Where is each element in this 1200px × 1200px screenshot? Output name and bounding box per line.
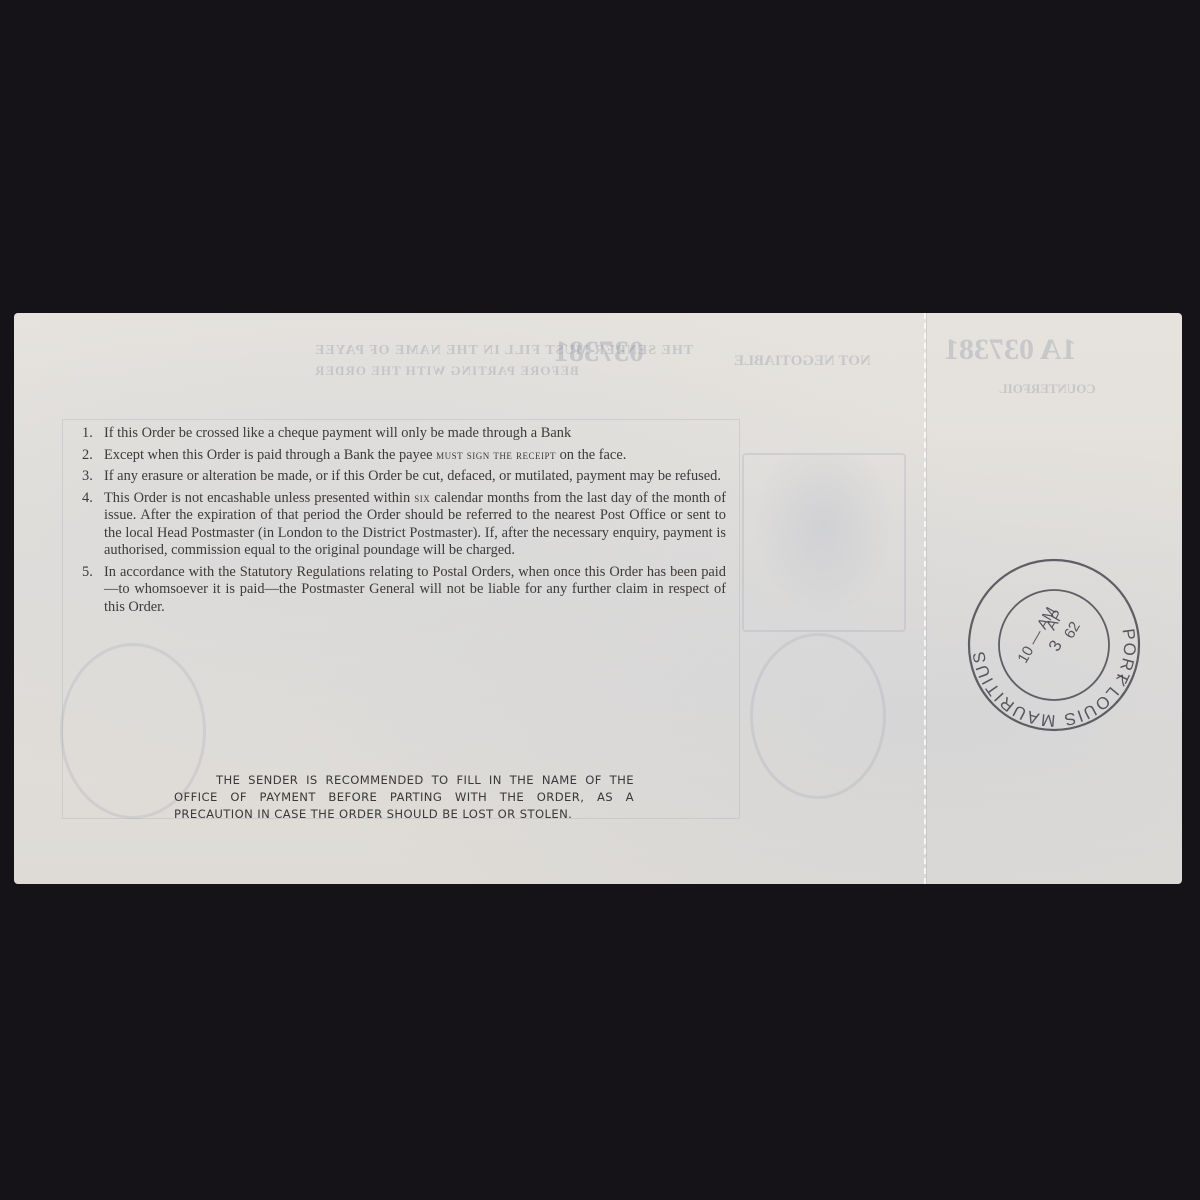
- condition-number: 2.: [82, 447, 104, 465]
- condition-text: If any erasure or alteration be made, or…: [104, 468, 726, 486]
- condition-item: 3.If any erasure or alteration be made, …: [82, 468, 726, 486]
- postmark-day: 3: [1045, 637, 1066, 655]
- show-through-header-line-2: BEFORE PARTING WITH THE ORDER: [314, 363, 579, 379]
- condition-number: 1.: [82, 425, 104, 443]
- condition-number: 3.: [82, 468, 104, 486]
- show-through-header-line-1: THE SENDER MUST FILL IN THE NAME OF PAYE…: [314, 343, 693, 359]
- show-through-not-negotiable: NOT NEGOTIABLE: [734, 353, 871, 370]
- perforation-shadow: [926, 313, 927, 884]
- condition-number: 5.: [82, 564, 104, 617]
- condition-item: 5.In accordance with the Statutory Regul…: [82, 564, 726, 617]
- show-through-seal-right: [750, 633, 886, 799]
- condition-item: 4.This Order is not encashable unless pr…: [82, 490, 726, 560]
- conditions-list: 1.If this Order be crossed like a cheque…: [82, 425, 726, 620]
- condition-text: This Order is not encashable unless pres…: [104, 490, 726, 560]
- condition-text: In accordance with the Statutory Regulat…: [104, 564, 726, 617]
- show-through-embossed-stamp: [742, 453, 906, 632]
- condition-text: Except when this Order is paid through a…: [104, 447, 726, 465]
- sender-recommendation-note: THE SENDER IS RECOMMENDED TO FILL IN THE…: [174, 772, 634, 824]
- show-through-serial-stub: 1A 037381: [944, 333, 1077, 367]
- counterfoil-perforation: [924, 313, 926, 884]
- show-through-serial-main: 037381: [554, 335, 644, 369]
- photo-backdrop: THE SENDER MUST FILL IN THE NAME OF PAYE…: [0, 0, 1200, 1200]
- postal-order-back: THE SENDER MUST FILL IN THE NAME OF PAYE…: [14, 313, 1182, 884]
- postmark-stamp: PORT LOUIS MAURITIUS 10 — AM 3 AP 62 7: [959, 550, 1149, 740]
- show-through-counterfoil: COUNTERFOIL: [999, 381, 1096, 397]
- condition-number: 4.: [82, 490, 104, 560]
- postmark-year: 62: [1061, 619, 1084, 642]
- condition-item: 2.Except when this Order is paid through…: [82, 447, 726, 465]
- condition-item: 1.If this Order be crossed like a cheque…: [82, 425, 726, 443]
- condition-text: If this Order be crossed like a cheque p…: [104, 425, 726, 443]
